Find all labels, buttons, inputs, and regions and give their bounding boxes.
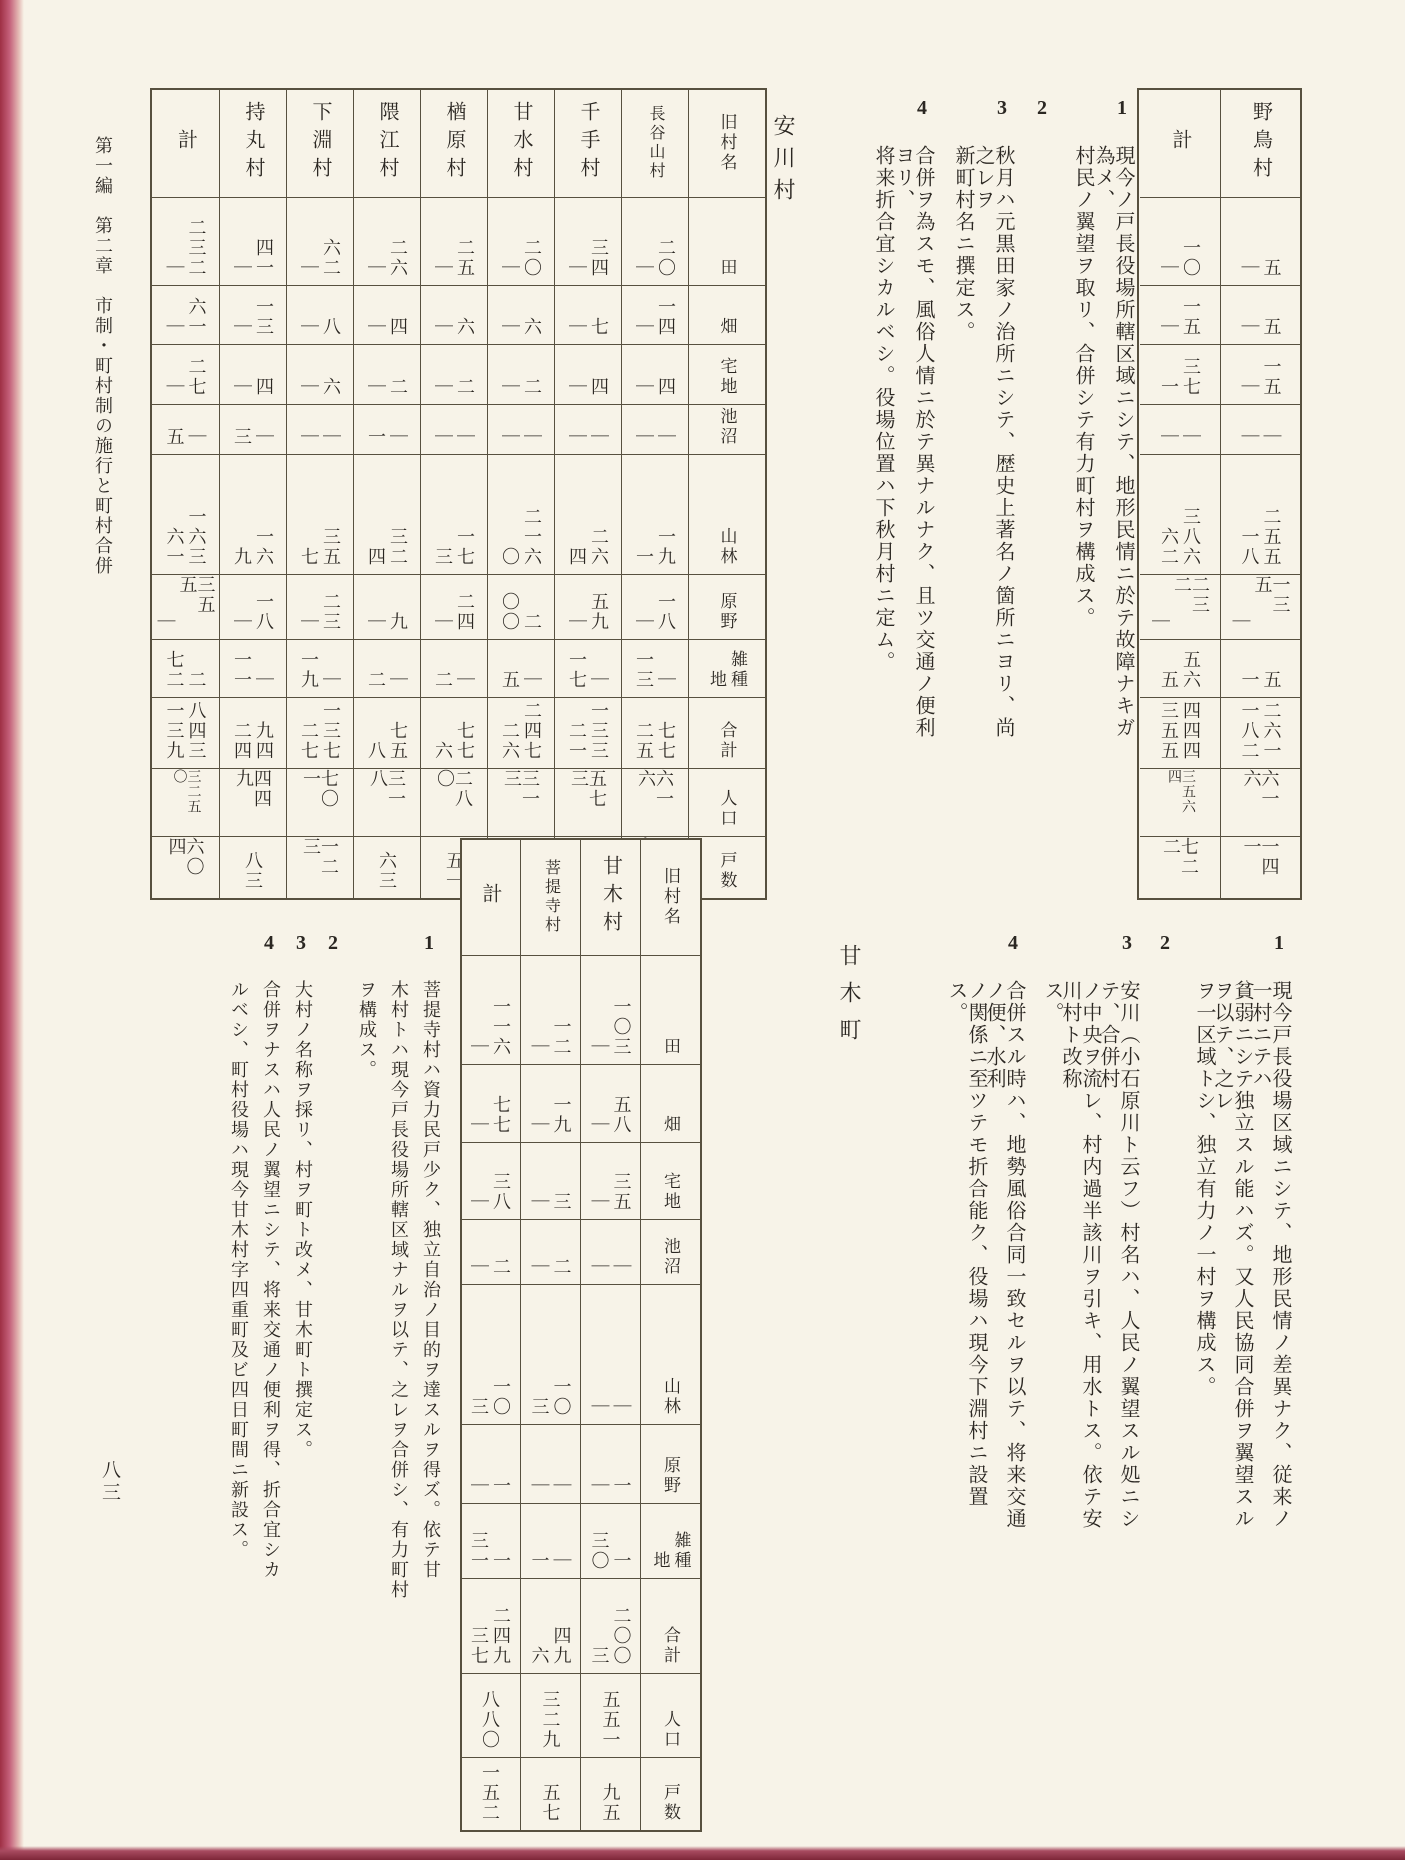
cell-text: ｜	[591, 1115, 609, 1135]
value-cell: 六三	[354, 836, 420, 898]
note-column: ノ中央ヲ流レ、村内過半該川ヲ引キ、用水トス。依テ安川村ト改称	[1062, 980, 1100, 1530]
value-cell: ｜｜	[581, 1284, 640, 1423]
value-cell: 二｜	[354, 344, 420, 404]
cell-text: 六	[322, 377, 340, 397]
note-column: ノ関係ニ至ツテモ折合能ク、役場ハ現今下淵村ニ設置ス。	[948, 980, 986, 1530]
value-cell: 一九｜	[521, 1064, 580, 1142]
cell-text: ｜	[1160, 427, 1178, 447]
cell-text: 二五五	[1263, 507, 1281, 567]
cell-text: 四一	[255, 238, 273, 278]
value-cell: 一三一	[460, 1503, 520, 1578]
value-cell: 五九｜	[555, 574, 621, 639]
cell-text: ｜	[367, 612, 385, 632]
value-cell: 二〇｜	[622, 197, 688, 285]
value-cell: 四九六	[521, 1578, 580, 1673]
cell-text: 山林	[719, 527, 736, 567]
cell-text: 池沼	[662, 1237, 679, 1277]
value-cell: 六｜	[488, 285, 554, 345]
cell-text: 二一六	[523, 507, 541, 567]
cell-text: 二六	[501, 721, 519, 761]
village-column: 野鳥村五｜五｜一五｜｜｜二五五一八一三五｜五一二六一一八二六一六一四一	[1220, 90, 1300, 898]
note-text: 現今戸長役場区域ニシテ、地形民情ノ差異ナク、従来ノ一村ニテハ貧弱ニシテ独立スル能…	[1176, 980, 1290, 1530]
value-cell: 一三五｜	[1221, 574, 1300, 639]
akizuki-merger-notes: 1現今ノ戸長役場所轄区域ニシテ、地形民情ニ於テ故障ナキガ為メ、村民ノ翼望ヲ取リ、…	[838, 95, 1133, 801]
village-column: 甘水村二〇｜六｜二｜｜｜二一六〇二〇〇｜五二四七二六三一三六〇	[487, 90, 554, 898]
cell-text: ｜	[613, 1397, 631, 1417]
value-cell: ｜二	[354, 639, 420, 697]
note-item: 2	[1013, 95, 1053, 801]
cell-text: 七七	[657, 721, 675, 761]
value-cell: 一五｜	[1140, 285, 1220, 345]
note-text	[1138, 980, 1176, 1530]
value-cell: 一三〇	[581, 1503, 640, 1578]
cell-text: 一	[492, 1551, 510, 1571]
cell-text: 一九	[300, 650, 318, 690]
value-cell: 一二三	[287, 836, 353, 898]
cell-text: 二一	[568, 721, 586, 761]
field-label-cell: 人口	[641, 1673, 700, 1758]
value-cell: 二七｜	[152, 344, 219, 404]
village-name: 千手村	[578, 101, 598, 185]
cell-text: 二八〇	[436, 769, 472, 829]
cell-text: 〇〇	[501, 592, 519, 632]
cell-text: ｜	[389, 670, 407, 690]
note-column: 合併ヲナスハ人民ノ翼望ニシテ、将来交通ノ便利ヲ得、折合宜シカ	[248, 980, 280, 1662]
cell-text: 一〇	[1182, 238, 1200, 278]
cell-text: ｜	[1160, 317, 1178, 337]
cell-text: 五	[501, 670, 519, 690]
cell-text: 三七	[1182, 357, 1200, 397]
value-cell: 六一六	[1221, 768, 1300, 836]
scanned-book-page: 第一編 第二章 市制・町村制の施行と町村合併 八三 野鳥村五｜五｜一五｜｜｜二五…	[0, 0, 1405, 1860]
value-cell: 一九一	[622, 454, 688, 574]
village-column: 持丸村四一｜一三｜四｜｜三一六九一八｜｜一一九四二四四四九八三	[219, 90, 286, 898]
cell-text: ｜	[166, 317, 184, 337]
cell-text: ｜	[501, 317, 519, 337]
village-column: 計一一六｜七七｜三八｜二｜一〇三一｜一三一二四九三七八八〇一五二	[460, 840, 520, 1830]
village-column: 下淵村六二｜八｜六｜｜｜三五七二三｜｜一九一三七二七七〇一一二三	[286, 90, 353, 898]
value-cell: 二四九三七	[460, 1578, 520, 1673]
note-item: 4合併ヲ為スモ、風俗人情ニ於テ異ナルナク、且ツ交通ノ便利ヨリ、将来折合宜シカルベ…	[853, 95, 933, 801]
cell-text: 一	[613, 1551, 631, 1571]
cell-text: 畑	[662, 1115, 679, 1135]
cell-text: ｜	[553, 1551, 571, 1571]
field-label-cell: 畑	[641, 1064, 700, 1142]
note-number: 3	[296, 932, 306, 955]
value-cell: 三一八	[354, 768, 420, 836]
cell-text: ｜	[456, 670, 474, 690]
value-cell: 九五	[581, 1757, 640, 1830]
cell-text: ｜	[434, 377, 452, 397]
cell-text: 三	[553, 1192, 571, 1212]
cell-text: 一	[367, 427, 385, 447]
cell-text: ｜	[553, 1476, 571, 1496]
cell-text: ｜	[1241, 258, 1259, 278]
cell-text: ｜	[233, 258, 251, 278]
cell-text: 一	[531, 1551, 549, 1571]
value-cell: ｜一九	[287, 639, 353, 697]
value-cell: 一〇｜	[1140, 197, 1220, 285]
cell-text: 六	[531, 1646, 549, 1666]
note-text: 秋月ハ元黒田家ノ治所ニシテ、歴史上著名ノ箇所ニヨリ、尚之レヲ新町村名ニ撰定ス。	[933, 145, 1013, 751]
cell-text: 七二	[166, 650, 184, 690]
cell-text: ｜	[590, 670, 608, 690]
note-column: 村民ノ翼望ヲ取リ、合併シテ有力町村ヲ構成ス。	[1053, 145, 1093, 751]
value-cell: 二六｜	[354, 197, 420, 285]
cell-text: ｜	[470, 1257, 488, 1277]
value-cell: ｜五	[152, 404, 219, 454]
value-cell: 六二｜	[287, 197, 353, 285]
book-edge-left	[0, 0, 24, 1860]
value-cell: ｜一七	[555, 639, 621, 697]
cell-text: ｜	[635, 258, 653, 278]
village-name: 下淵村	[310, 101, 330, 185]
cell-text: 三	[434, 547, 452, 567]
cell-text: 四	[255, 377, 273, 397]
value-cell: 四四四三五五	[1140, 697, 1220, 769]
amagi-merger-notes: 1菩提寺村ハ資力民戸少ク、独立自治ノ目的ヲ達スルヲ得ズ。依テ甘木村トハ現今戸長役…	[198, 930, 440, 1712]
cell-text: ｜	[568, 258, 586, 278]
cell-text: 一九	[657, 527, 675, 567]
value-cell: 九四二四	[220, 697, 286, 769]
cell-text: ｜	[188, 427, 206, 447]
value-cell: 一六九	[220, 454, 286, 574]
cell-text: 一五	[1263, 357, 1281, 397]
cell-text: 雑種	[673, 1531, 690, 1571]
cell-text: 九	[233, 547, 251, 567]
value-cell: 一五｜	[1221, 344, 1300, 404]
value-cell: 四｜	[220, 344, 286, 404]
value-cell: 二〇〇三	[581, 1578, 640, 1673]
village-name: 野鳥村	[1251, 101, 1271, 185]
cell-text: 八	[367, 741, 385, 761]
cell-text: 池沼	[719, 407, 736, 447]
cell-text: 七	[590, 317, 608, 337]
cell-text: ｜	[470, 1476, 488, 1496]
cell-text: 九五	[602, 1783, 620, 1823]
value-cell: 六一｜	[152, 285, 219, 345]
cell-text: 五八	[613, 1095, 631, 1135]
value-cell: 三五六四	[1140, 768, 1220, 836]
village-name: 甘水村	[511, 101, 531, 185]
value-cell: 二六四	[555, 454, 621, 574]
cell-text: 一六	[255, 527, 273, 567]
value-cell: 一三三二一	[555, 697, 621, 769]
cell-text: 一八	[1241, 527, 1259, 567]
note-number: 1	[1117, 97, 1127, 120]
yasukawa-village-table: 旧村名田畑宅地池沼山林原野雑種地合計人口戸数長谷山村二〇｜一四｜四｜｜｜一九一一…	[150, 88, 767, 900]
cell-text: 五七三	[570, 769, 606, 829]
cell-text: 田	[662, 1037, 679, 1057]
note-column: 安川（小石原川ト云フ）村名ハ、人民ノ翼望スル処ニシテ、合併村	[1100, 980, 1138, 1530]
value-cell: 六〇四	[152, 836, 219, 898]
note-item: 2	[312, 930, 344, 1712]
cell-text: 一三	[635, 650, 653, 690]
cell-text: ｜	[470, 1037, 488, 1057]
cell-text: 一四	[657, 297, 675, 337]
cell-text: ｜	[367, 258, 385, 278]
cell-text: ｜	[434, 317, 452, 337]
note-column	[312, 980, 344, 1662]
value-cell: 七七六	[421, 697, 487, 769]
value-cell: 四｜	[555, 344, 621, 404]
value-cell: 五五一	[581, 1673, 640, 1758]
value-cell: 一三七二七	[287, 697, 353, 769]
value-cell: 一一六｜	[460, 955, 520, 1065]
cell-text: 二	[367, 670, 385, 690]
note-item: 1現今戸長役場区域ニシテ、地形民情ノ差異ナク、従来ノ一村ニテハ貧弱ニシテ独立スル…	[1176, 930, 1290, 1580]
cell-text: ｜	[1241, 377, 1259, 397]
value-cell: 二〇〇	[488, 574, 554, 639]
note-number: 3	[997, 97, 1007, 120]
value-cell: 七二二	[1140, 836, 1220, 898]
cell-text: 三二	[389, 527, 407, 567]
field-label-cell: 原野	[641, 1424, 700, 1504]
value-cell: ｜一	[354, 404, 420, 454]
cell-text: ｜	[300, 427, 318, 447]
note-column: 新町村名ニ撰定ス。	[933, 145, 973, 751]
cell-text: 九四	[255, 721, 273, 761]
value-cell: ｜一三	[622, 639, 688, 697]
book-edge-bottom	[0, 1846, 1405, 1860]
note-item: 1菩提寺村ハ資力民戸少ク、独立自治ノ目的ヲ達スルヲ得ズ。依テ甘木村トハ現今戸長役…	[344, 930, 440, 1712]
village-name: 隈江村	[377, 101, 397, 185]
value-cell: ｜｜	[488, 404, 554, 454]
cell-text: 一八二	[1241, 701, 1259, 761]
cell-text: ｜	[591, 1257, 609, 1277]
value-cell: 二｜	[460, 1219, 520, 1284]
cell-text: 四四九	[235, 769, 271, 829]
cell-text: 二	[434, 670, 452, 690]
value-cell: ｜一一	[220, 639, 286, 697]
village-column: 甘木村一〇三｜五八｜三五｜｜｜｜｜一｜一三〇二〇〇三五五一九五	[580, 840, 640, 1830]
cell-text: 一三	[255, 297, 273, 337]
note-column: 貧弱ニシテ独立スル能ハズ。又人民協同合併ヲ翼望スルヲ以テ、之レ	[1214, 980, 1252, 1530]
cell-text: 六	[434, 741, 452, 761]
note-number: 1	[424, 932, 434, 955]
value-cell: 一二｜	[521, 955, 580, 1065]
cell-text: 一〇	[492, 1377, 510, 1417]
cell-text: 二	[389, 377, 407, 397]
cell-text: 三七	[470, 1626, 488, 1666]
cell-text: 三一三	[503, 769, 539, 829]
cell-text: 雑種	[729, 650, 746, 690]
value-cell: ｜｜	[1221, 404, 1300, 454]
cell-text: 三五六四	[1166, 769, 1194, 829]
cell-text: 合計	[719, 721, 736, 761]
note-column: 現今戸長役場区域ニシテ、地形民情ノ差異ナク、従来ノ一村ニテハ	[1252, 980, 1290, 1530]
cell-text: ｜	[523, 427, 541, 447]
value-cell: 五｜	[1221, 285, 1300, 345]
value-cell: 一｜	[581, 1424, 640, 1504]
cell-text: 六三	[378, 851, 396, 891]
value-cell: 三二九	[521, 1673, 580, 1758]
cell-text: ｜	[568, 612, 586, 632]
value-cell: 三七一	[1140, 344, 1220, 404]
cell-text: 四九	[553, 1626, 571, 1666]
note-item: 3大村ノ名称ヲ採リ、村ヲ町ト改メ、甘木町ト撰定ス。	[280, 930, 312, 1712]
amagi-section-heading: 甘木町	[838, 944, 860, 1055]
village-name: 菩提寺村	[543, 859, 559, 935]
note-text: 合併スル時ハ、地勢風俗合同一致セルヲ以テ、将来交通ノ便、水利ノ関係ニ至ツテモ折合…	[948, 980, 1024, 1530]
cell-text: ｜	[456, 427, 474, 447]
value-cell: ｜｜	[581, 1219, 640, 1284]
cell-text: 二	[492, 1257, 510, 1277]
village-column: 隈江村二六｜四｜二｜｜一三二四九｜｜二七五八三一八六三	[353, 90, 420, 898]
cell-text: 一七	[568, 650, 586, 690]
cell-text: 一九	[553, 1095, 571, 1135]
cell-text: 二六	[590, 527, 608, 567]
village-name-cell: 楢原村	[421, 90, 487, 197]
note-column: ヲ一区域トシ、独立有力ノ一村ヲ構成ス。	[1176, 980, 1214, 1530]
nodori-sum-table-fragment: 野鳥村五｜五｜一五｜｜｜二五五一八一三五｜五一二六一一八二六一六一四一計一〇｜一…	[1137, 88, 1302, 900]
cell-text: 二	[188, 670, 206, 690]
cell-text: ｜	[501, 258, 519, 278]
cell-text: 七五	[389, 721, 407, 761]
village-column: 楢原村二五｜六｜二｜｜｜一七三二四｜｜二七七六二八〇五一	[420, 90, 487, 898]
note-column: 秋月ハ元黒田家ノ治所ニシテ、歴史上著名ノ箇所ニヨリ、尚之レヲ	[973, 145, 1013, 751]
note-number: 2	[328, 932, 338, 955]
cell-text: 四四四	[1182, 701, 1200, 761]
cell-text: 一八	[255, 592, 273, 632]
cell-text: 四	[367, 547, 385, 567]
field-label-cell: 原野	[689, 574, 765, 639]
cell-text: 一一	[233, 650, 251, 690]
cell-text: ｜	[434, 427, 452, 447]
cell-text: 一四一	[1243, 837, 1279, 891]
note-column: 現今ノ戸長役場所轄区域ニシテ、地形民情ニ於テ故障ナキガ為メ、	[1093, 145, 1133, 751]
value-cell: 五八｜	[581, 1064, 640, 1142]
note-item: 4合併スル時ハ、地勢風俗合同一致セルヲ以テ、将来交通ノ便、水利ノ関係ニ至ツテモ折…	[948, 930, 1024, 1580]
cell-text: 五五一	[602, 1690, 620, 1750]
field-label-cell: 田	[641, 955, 700, 1065]
value-cell: 九｜	[354, 574, 420, 639]
note-number: 4	[1008, 932, 1018, 955]
field-label-cell: 合計	[689, 697, 765, 769]
field-label-cell: 池沼	[641, 1219, 700, 1284]
cell-text: 二	[523, 377, 541, 397]
cell-text: 一	[613, 1476, 631, 1496]
village-column: 計一〇｜一五｜三七一｜｜三八六六二二三二｜五六五四四四三五五三五六四七二二	[1140, 90, 1220, 898]
cell-text: ｜	[635, 612, 653, 632]
field-label-cell: 畑	[689, 285, 765, 345]
cell-text: 六一	[188, 297, 206, 337]
field-label-cell: 宅地	[641, 1142, 700, 1220]
note-column	[1013, 145, 1053, 751]
cell-text: 人口	[719, 789, 736, 829]
value-cell: 七〇一	[287, 768, 353, 836]
note-text	[1013, 145, 1053, 751]
cell-text: ｜	[591, 1476, 609, 1496]
field-label-cell: 旧村名	[689, 90, 765, 197]
cell-text: 一三三	[590, 701, 608, 761]
cell-text: 田	[719, 258, 736, 278]
cell-text: 七二二	[1162, 837, 1198, 891]
cell-text: 一	[1241, 670, 1259, 690]
cell-text: ｜	[300, 377, 318, 397]
cell-text: ｜	[367, 377, 385, 397]
note-column: 合併ヲ為スモ、風俗人情ニ於テ異ナルナク、且ツ交通ノ便利ヨリ、	[893, 145, 933, 751]
cell-text: 二三	[322, 592, 340, 632]
village-name-cell: 隈江村	[354, 90, 420, 197]
village-name: 甘木村	[601, 855, 621, 939]
value-cell: ｜五	[488, 639, 554, 697]
value-cell: 一八｜	[220, 574, 286, 639]
cell-text: 四	[590, 377, 608, 397]
cell-text: ｜	[255, 670, 273, 690]
value-cell: 二三二｜	[152, 197, 219, 285]
note-text: 大村ノ名称ヲ採リ、村ヲ町ト改メ、甘木町ト撰定ス。	[280, 980, 312, 1662]
value-cell: 一四一	[1221, 836, 1300, 898]
value-cell: 二七二	[152, 639, 219, 697]
cell-text: ｜	[613, 1257, 631, 1277]
cell-text: 一七	[456, 527, 474, 567]
cell-text: ｜	[322, 670, 340, 690]
value-cell: ｜｜	[287, 404, 353, 454]
village-name: 計	[1170, 129, 1190, 157]
field-label-cell: 雑種地	[641, 1503, 700, 1578]
cell-text: 三一八	[369, 769, 405, 829]
note-column: 合併スル時ハ、地勢風俗合同一致セルヲ以テ、将来交通ノ便、水利	[986, 980, 1024, 1530]
value-cell: 三五｜	[581, 1142, 640, 1220]
amagi-town-table: 旧村名田畑宅地池沼山林原野雑種地合計人口戸数甘木村一〇三｜五八｜三五｜｜｜｜｜一…	[460, 838, 702, 1832]
value-cell: 八八〇	[460, 1673, 520, 1758]
value-cell: 八三	[220, 836, 286, 898]
cell-text: ｜	[255, 427, 273, 447]
field-label-cell: 池沼	[689, 404, 765, 454]
cell-text: ｜	[657, 670, 675, 690]
cell-text: 二七	[188, 357, 206, 397]
value-cell: ｜｜	[521, 1424, 580, 1504]
field-label-cell: 戸数	[641, 1757, 700, 1830]
cell-text: 一八	[657, 592, 675, 632]
note-number: 3	[1122, 932, 1132, 955]
cell-text: ｜	[300, 258, 318, 278]
cell-text: 二五	[635, 721, 653, 761]
cell-text: 三五	[322, 527, 340, 567]
cell-text: ｜	[635, 317, 653, 337]
note-column: ヲ構成ス。	[344, 980, 376, 1662]
value-cell: 七五八	[354, 697, 420, 769]
value-cell: 一〇三	[460, 1284, 520, 1423]
field-label-cell: 山林	[641, 1284, 700, 1423]
cell-text: ｜	[166, 377, 184, 397]
cell-text: 畑	[719, 317, 736, 337]
cell-text: 地	[652, 1551, 669, 1571]
cell-text: 九	[389, 612, 407, 632]
cell-text: 一五	[1182, 297, 1200, 337]
cell-text: 二四	[233, 721, 251, 761]
cell-text: 五九	[590, 592, 608, 632]
cell-text: 一	[492, 1476, 510, 1496]
cell-text: 一五二	[481, 1763, 499, 1823]
field-label-column: 旧村名田畑宅地池沼山林原野雑種地合計人口戸数	[688, 90, 765, 898]
note-column: 木村トハ現今戸長役場所轄区域ナルヲ以テ、之レヲ合併シ、有力町村	[376, 980, 408, 1662]
value-cell: 六｜	[421, 285, 487, 345]
value-cell: 三五五｜	[152, 574, 219, 639]
page-number: 八三	[96, 1460, 123, 1504]
cell-text: 一〇	[553, 1377, 571, 1417]
field-label-column: 旧村名田畑宅地池沼山林原野雑種地合計人口戸数	[640, 840, 700, 1830]
chapter-running-title: 第一編 第二章 市制・町村制の施行と町村合併	[94, 136, 112, 576]
value-cell: 三二五〇	[152, 768, 219, 836]
cell-text: 七七	[456, 721, 474, 761]
value-cell: 三八｜	[460, 1142, 520, 1220]
cell-text: ｜	[434, 612, 452, 632]
value-cell: 二六一一八二	[1221, 697, 1300, 769]
value-cell: 二｜	[421, 344, 487, 404]
yasukawa-section-heading: 安川村	[772, 114, 794, 210]
